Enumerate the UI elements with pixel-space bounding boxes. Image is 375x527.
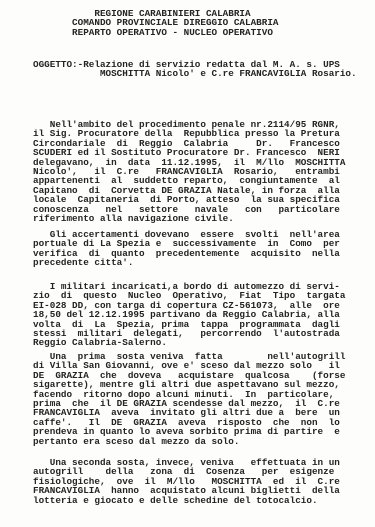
- subject-line: OGGETTO:-Relazione di servizio redatta d…: [33, 60, 357, 79]
- scanned-document-page: REGIONE CARABINIERI CALABRIA COMANDO PRO…: [0, 0, 375, 527]
- body-paragraph: Una prima sosta veniva fatta nell'autogr…: [33, 352, 345, 446]
- letterhead: REGIONE CARABINIERI CALABRIA COMANDO PRO…: [33, 9, 278, 37]
- body-paragraph: Gli accertamenti dovevano essere svolti …: [33, 230, 340, 268]
- body-paragraph: I militari incaricati,a bordo di automez…: [33, 282, 345, 348]
- body-paragraph: Una seconda sosta, invece, veniva effett…: [33, 458, 340, 505]
- body-paragraph: Nell'ambito del procedimento penale nr.2…: [33, 120, 345, 223]
